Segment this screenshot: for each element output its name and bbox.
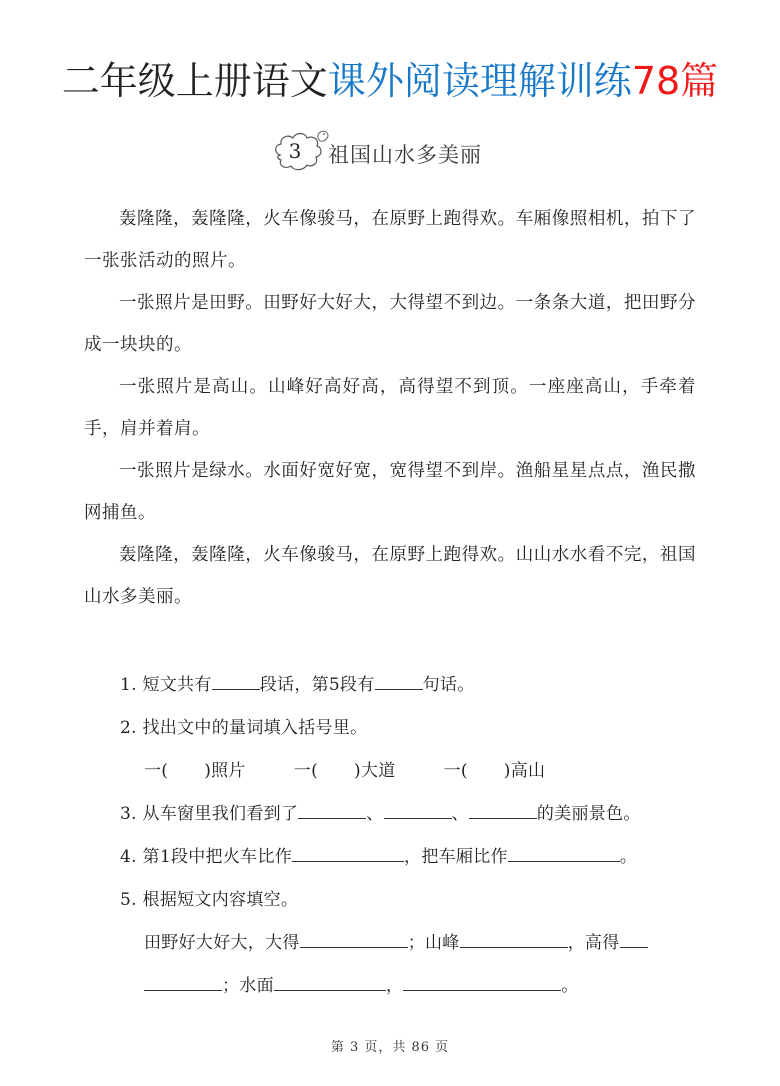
answer-blank[interactable] bbox=[298, 802, 366, 819]
lesson-number: 3 bbox=[272, 139, 318, 163]
document-title: 二年级上册语文课外阅读理解训练78篇 bbox=[0, 56, 780, 106]
q1-text-c: 句话。 bbox=[423, 675, 475, 695]
question-4: 4. 第1段中把火车比作，把车厢比作。 bbox=[120, 836, 720, 879]
question-1: 1. 短文共有段话，第5段有句话。 bbox=[120, 664, 720, 707]
question-2-items: 一()照片 一()大道 一()高山 bbox=[120, 750, 720, 793]
title-topic: 课外阅读理解训练 bbox=[328, 59, 632, 103]
q5-text-c: ，高得 bbox=[568, 933, 620, 953]
paragraph-1: 轰隆隆，轰隆隆，火车像骏马，在原野上跑得欢。车厢像照相机，拍下了一张张活动的照片… bbox=[84, 198, 696, 282]
paragraph-2: 一张照片是田野。田野好大好大，大得望不到边。一条条大道，把田野分成一块块的。 bbox=[84, 282, 696, 366]
paragraph-5: 轰隆隆，轰隆隆，火车像骏马，在原野上跑得欢。山山水水看不完，祖国山水多美丽。 bbox=[84, 534, 696, 618]
answer-blank[interactable] bbox=[620, 931, 648, 948]
q5-text-e: ， bbox=[386, 976, 403, 996]
lesson-title: 祖国山水多美丽 bbox=[328, 139, 482, 169]
item-prefix: 一( bbox=[444, 761, 468, 781]
separator: 、 bbox=[366, 804, 383, 824]
question-2: 2. 找出文中的量词填入括号里。 bbox=[120, 707, 720, 750]
item-prefix: 一( bbox=[144, 761, 168, 781]
question-5: 5. 根据短文内容填空。 bbox=[120, 879, 720, 922]
q5-text-d: ；水面 bbox=[222, 976, 274, 996]
answer-blank[interactable] bbox=[508, 845, 620, 862]
cloud-badge-icon: 3 bbox=[272, 125, 324, 175]
reading-passage: 轰隆隆，轰隆隆，火车像骏马，在原野上跑得欢。车厢像照相机，拍下了一张张活动的照片… bbox=[84, 198, 696, 618]
answer-blank[interactable] bbox=[300, 931, 408, 948]
answer-blank[interactable] bbox=[292, 845, 404, 862]
question-5-line-2: ；水面，。 bbox=[120, 965, 720, 1008]
item-suffix: )大道 bbox=[354, 761, 396, 781]
q5-text-a: 田野好大好大，大得 bbox=[144, 933, 300, 953]
question-list: 1. 短文共有段话，第5段有句话。 2. 找出文中的量词填入括号里。 一()照片… bbox=[120, 664, 720, 1008]
q1-text-a: 1. 短文共有 bbox=[120, 675, 212, 695]
page-footer: 第 3 页，共 86 页 bbox=[0, 1036, 780, 1055]
q1-text-b: 段话，第5段有 bbox=[260, 675, 375, 695]
answer-blank[interactable] bbox=[403, 974, 561, 991]
question-5-line-1: 田野好大好大，大得；山峰，高得 bbox=[120, 922, 720, 965]
item-prefix: 一( bbox=[294, 761, 318, 781]
item-suffix: )高山 bbox=[504, 761, 546, 781]
question-3: 3. 从车窗里我们看到了、、的美丽景色。 bbox=[120, 793, 720, 836]
measure-word-item: 一()照片 bbox=[144, 750, 246, 793]
q5-end: 。 bbox=[561, 976, 578, 996]
q3-end: 的美丽景色。 bbox=[537, 804, 641, 824]
answer-blank[interactable] bbox=[460, 931, 568, 948]
answer-blank[interactable] bbox=[375, 673, 423, 690]
answer-blank[interactable] bbox=[469, 802, 537, 819]
answer-blank[interactable] bbox=[212, 673, 260, 690]
q4-text-a: 4. 第1段中把火车比作 bbox=[120, 847, 292, 867]
q5-text-b: ；山峰 bbox=[408, 933, 460, 953]
answer-blank[interactable] bbox=[274, 974, 386, 991]
title-grade: 二年级上册语文 bbox=[62, 59, 328, 103]
q4-end: 。 bbox=[620, 847, 637, 867]
q3-text: 3. 从车窗里我们看到了 bbox=[120, 804, 298, 824]
title-count: 78篇 bbox=[632, 59, 718, 103]
measure-word-item: 一()高山 bbox=[444, 750, 546, 793]
answer-blank[interactable] bbox=[384, 802, 452, 819]
separator: 、 bbox=[452, 804, 469, 824]
item-suffix: )照片 bbox=[204, 761, 246, 781]
paragraph-4: 一张照片是绿水。水面好宽好宽，宽得望不到岸。渔船星星点点，渔民撒网捕鱼。 bbox=[84, 450, 696, 534]
answer-blank[interactable] bbox=[144, 974, 222, 991]
lesson-heading: 3 祖国山水多美丽 bbox=[272, 120, 482, 180]
measure-word-item: 一()大道 bbox=[294, 750, 396, 793]
paragraph-3: 一张照片是高山。山峰好高好高，高得望不到顶。一座座高山，手牵着手，肩并着肩。 bbox=[84, 366, 696, 450]
q4-text-b: ，把车厢比作 bbox=[404, 847, 508, 867]
